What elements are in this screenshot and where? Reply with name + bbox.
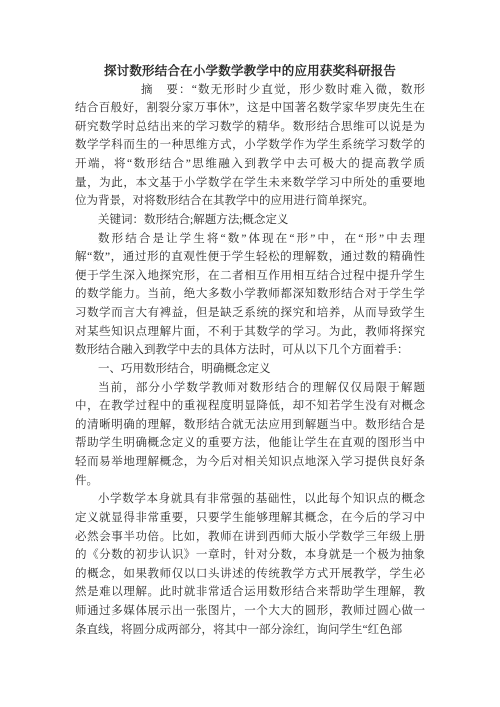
body-paragraph-3: 小学数学本身就具有非常强的基础性，以此每个知识点的概念定义就显得非常重要，只要学…	[75, 490, 425, 639]
text-line: 研究数学时总结出来的学习数学的精华。数形结合思维可以说是为	[75, 118, 425, 137]
text-line: 然是难以理解。此时就非常适合运用数形结合来帮助学生理解，教	[75, 583, 425, 602]
text-line: 件。	[75, 472, 425, 491]
text-line: 中，在教学过程中的重视程度明显降低，却不知若学生没有对概念	[75, 397, 425, 416]
text-line: 摘 要：“数无形时少直觉，形少数时难入微，数形	[75, 81, 425, 100]
body-paragraph-1: 数形结合是让学生将“数”体现在“形”中，在“形”中去理解“数”，通过形的直观性便…	[75, 230, 425, 360]
text-line: 的《分数的初步认识》一章时，针对分数，本身就是一个极为抽象	[75, 546, 425, 565]
text-line: 对某些知识点理解片面，不利于其数学的学习。为此，教师将探究	[75, 323, 425, 342]
abstract-paragraph: 摘 要：“数无形时少直觉，形少数时难入微，数形结合百般好，割裂分家万事休”，这是…	[75, 81, 425, 211]
text-line: 解“数”，通过形的直观性便于学生轻松的理解数，通过数的精确性	[75, 248, 425, 267]
document-title: 探讨数形结合在小学数学教学中的应用获奖科研报告	[75, 62, 425, 81]
text-line: 数形结合融入到教学中去的具体方法时，可从以下几个方面着手：	[75, 341, 425, 360]
text-line: 当前，部分小学数学教师对数形结合的理解仅仅局限于解题	[75, 379, 425, 398]
text-line: 结合百般好，割裂分家万事休”，这是中国著名数学家华罗庚先生在	[75, 99, 425, 118]
document-page: 探讨数形结合在小学数学教学中的应用获奖科研报告 摘 要：“数无形时少直觉，形少数…	[0, 0, 500, 707]
text-line: 关键词：数形结合;解题方法;概念定义	[75, 211, 425, 230]
text-line: 开端，将“数形结合”思维融入到教学中去可极大的提高教学质	[75, 155, 425, 174]
text-line: 的清晰明确的理解，数形结合就无法应用到解题当中。数形结合是	[75, 416, 425, 435]
section-heading-1: 一、巧用数形结合，明确概念定义	[75, 360, 425, 379]
document-content: 探讨数形结合在小学数学教学中的应用获奖科研报告 摘 要：“数无形时少直觉，形少数…	[75, 62, 425, 639]
text-line: 量，为此，本文基于小学数学在学生未来数学学习中所处的重要地	[75, 174, 425, 193]
body-paragraph-2: 当前，部分小学数学教师对数形结合的理解仅仅局限于解题中，在教学过程中的重视程度明…	[75, 379, 425, 491]
text-line: 定义就显得非常重要，只要学生能够理解其概念，在今后的学习中	[75, 509, 425, 528]
text-line: 数形结合是让学生将“数”体现在“形”中，在“形”中去理	[75, 230, 425, 249]
keywords-line: 关键词：数形结合;解题方法;概念定义	[75, 211, 425, 230]
text-line: 习数学而言大有裨益，但是缺乏系统的探究和培养，从而导致学生	[75, 304, 425, 323]
text-line: 轻而易举地理解概念，为今后对相关知识点地深入学习提供良好条	[75, 453, 425, 472]
text-line: 一、巧用数形结合，明确概念定义	[75, 360, 425, 379]
text-line: 师通过多媒体展示出一张图片，一个大大的圆形，教师过圆心做一	[75, 602, 425, 621]
text-line: 便于学生深入地探究形，在二者相互作用相互结合过程中提升学生	[75, 267, 425, 286]
text-line: 位为背景，对将数形结合在其教学中的应用进行简单探究。	[75, 192, 425, 211]
text-line: 小学数学本身就具有非常强的基础性，以此每个知识点的概念	[75, 490, 425, 509]
text-line: 数学学科而生的一种思维方式，小学数学作为学生系统学习数学的	[75, 136, 425, 155]
text-line: 必然会事半功倍。比如，教师在讲到西师大版小学数学三年级上册	[75, 528, 425, 547]
text-line: 的数学能力。当前，绝大多数小学教师都深知数形结合对于学生学	[75, 285, 425, 304]
document-body: 摘 要：“数无形时少直觉，形少数时难入微，数形结合百般好，割裂分家万事休”，这是…	[75, 81, 425, 640]
text-line: 帮助学生明确概念定义的重要方法，他能让学生在直观的图形当中	[75, 434, 425, 453]
text-line: 的概念，如果教师仅以口头讲述的传统教学方式开展教学，学生必	[75, 565, 425, 584]
text-line: 条直线，将圆分成两部分，将其中一部分涂红，询问学生“红色部	[75, 621, 425, 640]
